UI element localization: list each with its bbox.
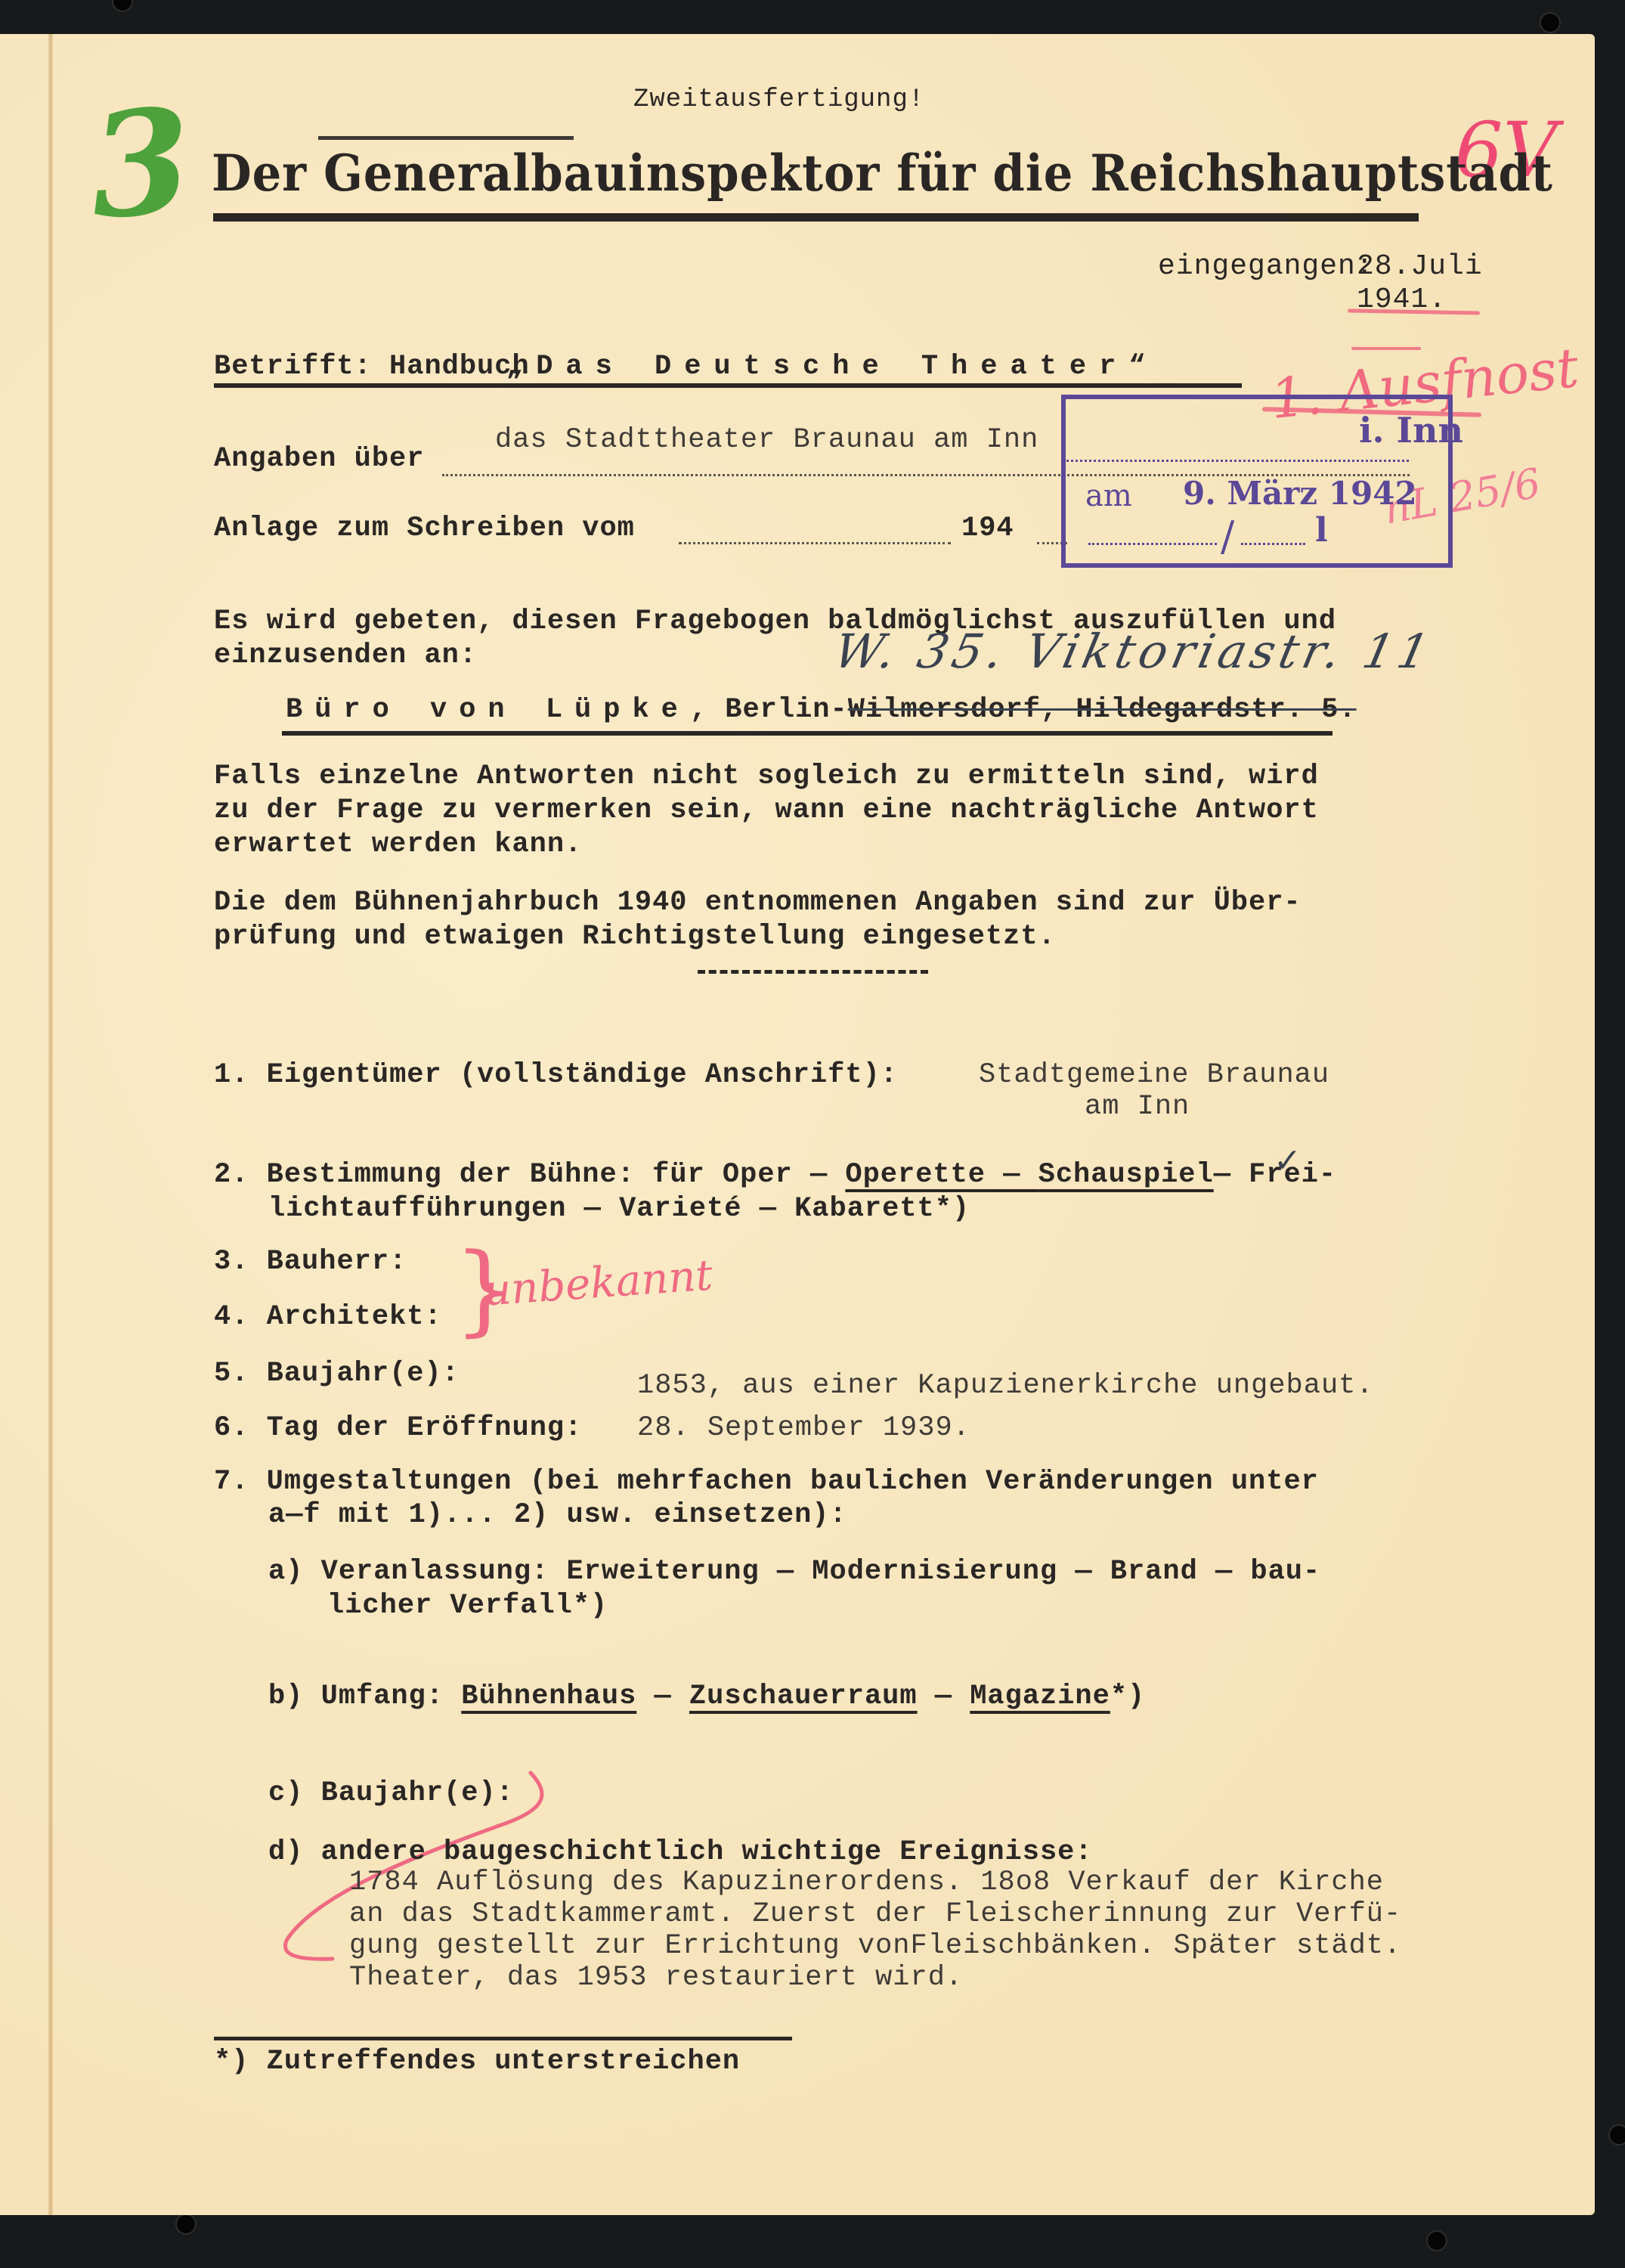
subject-prefix: Betrifft: Handbuch [214, 350, 530, 383]
question-4: 4. Architekt: [214, 1300, 442, 1334]
question-7d: d) andere baugeschichtlich wichtige Erei… [268, 1836, 1093, 1869]
option-zuschauerraum-underlined: Zuschauerraum [689, 1681, 918, 1712]
attachment-year: 194 [961, 512, 1014, 545]
footnote: *) Zutreffendes unterstreichen [214, 2045, 740, 2078]
attachment-dotted-line [679, 542, 951, 544]
red-underline-year [1351, 347, 1421, 350]
binder-hole [112, 0, 133, 12]
binder-hole [175, 2214, 197, 2235]
request-text-line2: einzusenden an: [214, 639, 477, 672]
check-mark-icon: ✓ [1274, 1142, 1302, 1180]
question-1: 1. Eigentümer (vollständige Anschrift): [214, 1058, 898, 1092]
section-separator [698, 970, 928, 974]
answer-7d-line1: 1784 Auflösung des Kapuzinerordens. 18o8… [349, 1866, 1384, 1899]
recipient-line: Büro von Lüpke, Berlin-Wilmersdorf, Hild… [286, 693, 1357, 727]
answer-1-line1: Stadtgemeine Braunau [979, 1058, 1329, 1092]
authority-rule [213, 213, 1419, 222]
note2-line1: Die dem Bühnenjahrbuch 1940 entnommenen … [214, 886, 1302, 919]
question-7a-line1: a) Veranlassung: Erweiterung — Modernisi… [268, 1555, 1320, 1588]
copy-note-underline-full [318, 136, 574, 140]
about-label: Angaben über [214, 442, 424, 476]
document-page: 3 6V Zweitausfertigung! Der Generalbauin… [0, 34, 1595, 2215]
answer-5: 1853, aus einer Kapuzienerkirche ungebau… [637, 1369, 1374, 1402]
question-7-line2: a—f mit 1)... 2) usw. einsetzen): [268, 1498, 847, 1532]
stamp-top-text: i. Inn [1359, 410, 1463, 451]
stamp-bottom-mark: l [1315, 511, 1328, 550]
question-7a-line2: licher Verfall*) [327, 1589, 608, 1622]
attachment-label: Anlage zum Schreiben vom [214, 512, 635, 545]
note1-line1: Falls einzelne Antworten nicht sogleich … [214, 760, 1319, 793]
received-label: eingegangen: [1158, 250, 1374, 283]
note1-line3: erwartet werden kann. [214, 828, 582, 861]
copy-note: Zweitausfertigung! [633, 83, 924, 116]
red-bauherr-note: unbekannt [482, 1251, 714, 1316]
stamp-dotted-line [1061, 460, 1409, 462]
stamp-bottom-dots [1088, 543, 1217, 545]
subject-underline [214, 383, 1242, 388]
question-7-line1: 7. Umgestaltungen (bei mehrfachen baulic… [214, 1465, 1319, 1498]
note1-line2: zu der Frage zu vermerken sein, wann ein… [214, 794, 1319, 827]
about-value: das Stadttheater Braunau am Inn [495, 423, 1038, 457]
stamp-am-label: am [1085, 479, 1132, 513]
stamp-bottom-dots-2 [1241, 543, 1305, 545]
fold-line [48, 34, 53, 2215]
option-schauspiel-underlined: Schauspiel [1038, 1159, 1214, 1191]
option-magazine-underlined: Magazine [970, 1681, 1110, 1712]
recipient-struck-address: Wilmersdorf, Hildegardstr. 5. [848, 694, 1357, 726]
binder-hole [1426, 2230, 1447, 2251]
green-pencil-mark: 3 [85, 76, 196, 252]
stamp-date: 9. März 1942 [1183, 475, 1417, 512]
binder-hole [1540, 12, 1561, 33]
answer-7d-line2: an das Stadtkammeramt. Zuerst der Fleisc… [349, 1898, 1401, 1931]
question-6: 6. Tag der Eröffnung: [214, 1411, 582, 1445]
question-5: 5. Baujahr(e): [214, 1357, 460, 1390]
option-buehnenhaus-underlined: Bühnenhaus [461, 1681, 636, 1712]
footnote-rule [214, 2037, 792, 2040]
received-date-line1: 28.Juli [1357, 250, 1483, 283]
question-2-line2: lichtaufführungen — Varieté — Kabarett*) [268, 1192, 970, 1225]
stamp-slash: / [1221, 513, 1234, 560]
recipient-underline [282, 731, 1332, 736]
binder-hole [1608, 2124, 1625, 2146]
answer-7d-line4: Theater, das 1953 restauriert wird. [349, 1961, 963, 1994]
subject-title: „Das Deutsche Theater“ [506, 350, 1158, 383]
answer-7d-line3: gung gestellt zur Errichtung vonFleischb… [349, 1929, 1401, 1963]
received-stamp: i. Inn am 9. März 1942 / l [1061, 395, 1453, 568]
recipient-city: , Berlin- [690, 694, 848, 726]
answer-6: 28. September 1939. [637, 1411, 970, 1445]
authority-heading: Der Generalbauinspektor für die Reichsha… [212, 144, 1553, 203]
recipient-name: Büro von Lüpke [286, 694, 690, 726]
option-operette-underlined: Operette [845, 1159, 986, 1191]
question-2-line1: 2. Bestimmung der Bühne: für Oper — Oper… [214, 1158, 1336, 1191]
question-3: 3. Bauherr: [214, 1245, 407, 1278]
question-7b: b) Umfang: Bühnenhaus — Zuschauerraum — … [268, 1680, 1145, 1713]
note2-line2: prüfung und etwaigen Richtigstellung ein… [214, 920, 1056, 953]
handwritten-new-address: W. 35. Viktoriastr. 11 [829, 624, 1438, 679]
answer-1-line2: am Inn [1085, 1090, 1190, 1123]
